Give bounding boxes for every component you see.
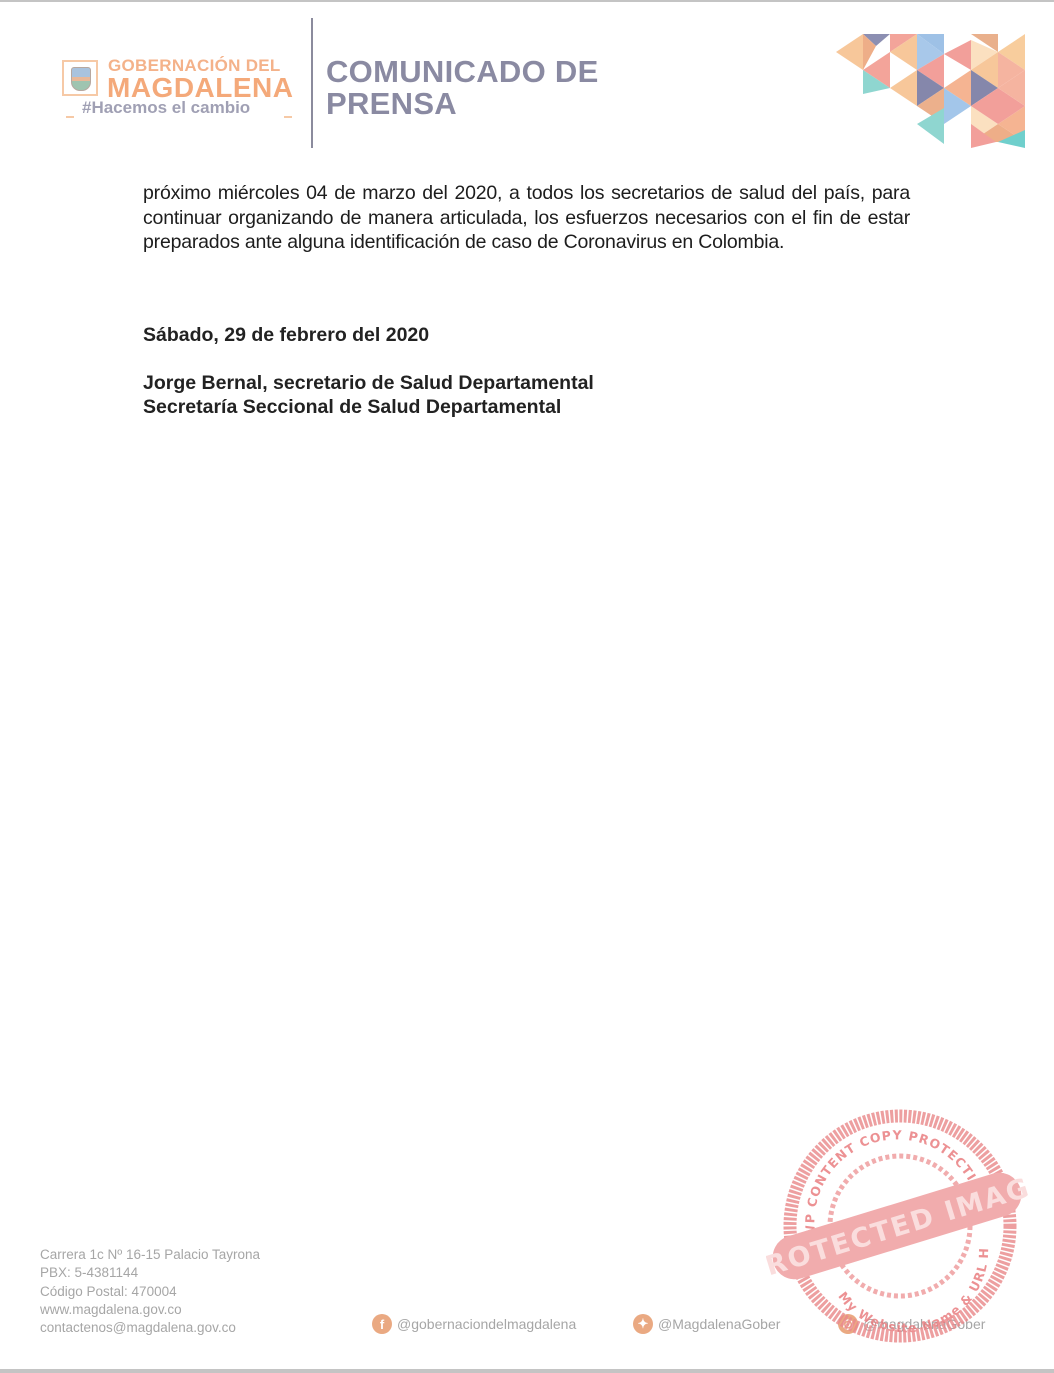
address-website-link[interactable]: www.magdalena.gov.co (40, 1301, 260, 1319)
logo-slogan: #Hacemos el cambio (82, 98, 250, 118)
header-divider (311, 18, 313, 148)
address-phone: PBX: 5-4381144 (40, 1264, 260, 1282)
press-release-title: COMUNICADO DE PRENSA (326, 56, 599, 120)
address-postal-code: Código Postal: 470004 (40, 1283, 260, 1301)
protected-image-watermark: WP CONTENT COPY PROTECTION PLUGIN My Web… (766, 1106, 1028, 1346)
release-date: Sábado, 29 de febrero del 2020 (143, 324, 429, 347)
twitter-handle: @MagdalenaGober (658, 1316, 780, 1332)
social-twitter-link[interactable]: ✦ @MagdalenaGober (633, 1314, 780, 1334)
top-border (0, 0, 1054, 2)
watermark-main-text: PROTECTED IMAGE (766, 1166, 1028, 1288)
watermark-top-arc: WP CONTENT COPY PROTECTION PLUGIN (766, 1106, 989, 1239)
instagram-icon: ◎ (838, 1314, 858, 1334)
social-instagram-link[interactable]: ◎ @magdalenaGober (838, 1314, 985, 1334)
address-email-link[interactable]: contactenos@magdalena.gov.co (40, 1319, 260, 1337)
instagram-handle: @magdalenaGober (863, 1316, 985, 1332)
bottom-border (0, 1369, 1054, 1373)
signature-office: Secretaría Seccional de Salud Departamen… (143, 396, 561, 419)
press-title-line1: COMUNICADO DE (326, 56, 599, 88)
twitter-icon: ✦ (633, 1314, 653, 1334)
footer-address: Carrera 1c Nº 16-15 Palacio Tayrona PBX:… (40, 1246, 260, 1337)
triangle-pattern-decoration (836, 34, 1032, 148)
coat-of-arms-icon (62, 60, 98, 96)
body-paragraph: próximo miércoles 04 de marzo del 2020, … (143, 181, 910, 255)
svg-text:My Website Name & URL Here: My Website Name & URL Here (766, 1106, 991, 1335)
slogan-bracket-right (284, 116, 292, 118)
facebook-handle: @gobernaciondelmagdalena (397, 1316, 576, 1332)
press-release-body: próximo miércoles 04 de marzo del 2020, … (143, 181, 910, 255)
gobernacion-logo: GOBERNACIÓN DEL MAGDALENA #Hacemos el ca… (62, 56, 298, 126)
facebook-icon: f (372, 1314, 392, 1334)
address-street: Carrera 1c Nº 16-15 Palacio Tayrona (40, 1246, 260, 1264)
slogan-bracket-left (66, 116, 74, 118)
signature-name: Jorge Bernal, secretario de Salud Depart… (143, 372, 594, 395)
watermark-bottom-arc: My Website Name & URL Here (766, 1106, 991, 1335)
svg-text:WP CONTENT COPY PROTECTION PLU: WP CONTENT COPY PROTECTION PLUGIN (766, 1106, 989, 1239)
social-facebook-link[interactable]: f @gobernaciondelmagdalena (372, 1314, 576, 1334)
press-title-line2: PRENSA (326, 88, 599, 120)
